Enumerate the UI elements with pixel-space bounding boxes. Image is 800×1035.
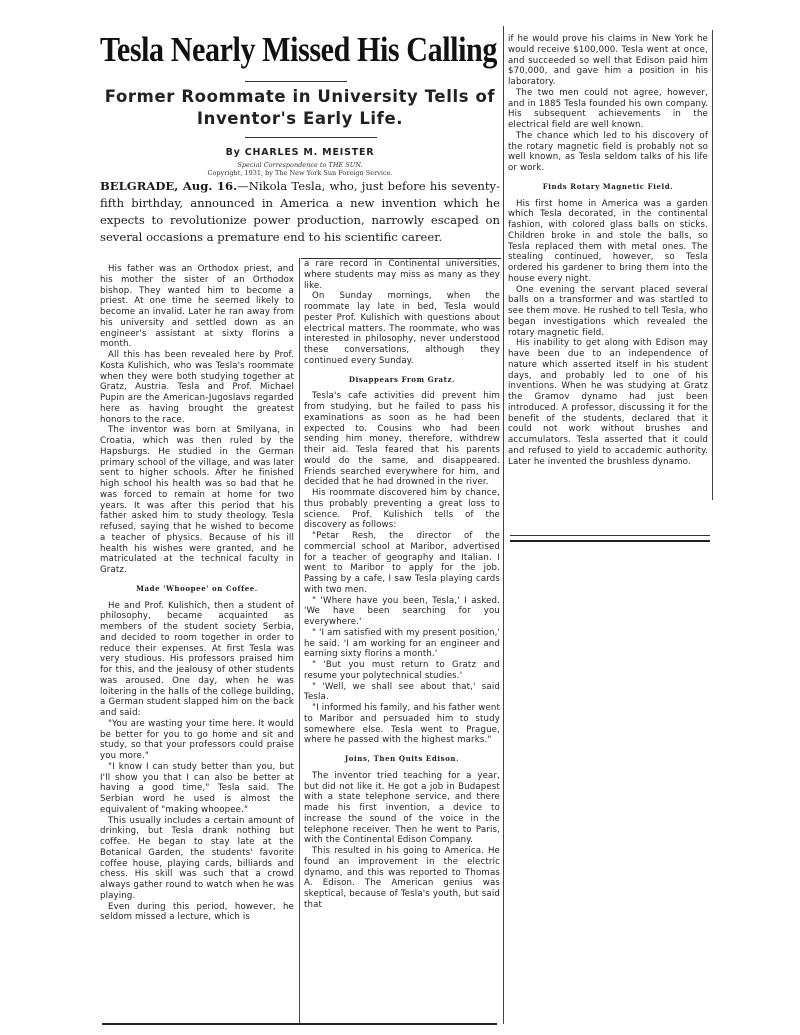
headline: Tesla Nearly Missed His Calling — [100, 30, 500, 70]
article-paragraph: "I informed his family, and his father w… — [304, 703, 500, 746]
article-paragraph: Even during this period, however, he sel… — [100, 902, 294, 924]
column-3-end-rule-thin — [510, 535, 710, 536]
newspaper-clipping: Tesla Nearly Missed His Calling Former R… — [100, 0, 720, 1035]
article-paragraph: " 'I am satisfied with my present positi… — [304, 628, 500, 660]
column-divider-2 — [503, 26, 504, 1024]
column-2: a rare record in Continental universitie… — [304, 259, 500, 911]
article-paragraph: All this has been revealed here by Prof.… — [100, 350, 294, 425]
column-3-end-rule — [510, 540, 710, 542]
section-subheading: Finds Rotary Magnetic Field. — [508, 182, 708, 193]
article-paragraph: The inventor was born at Smilyana, in Cr… — [100, 425, 294, 576]
article-paragraph: He and Prof. Kulishich, then a student o… — [100, 601, 294, 719]
article-paragraph: Tesla's cafe activities did prevent him … — [304, 391, 500, 488]
copyright-line: Copyright, 1931, by The New York Sun For… — [100, 169, 500, 177]
subheadline-rule — [245, 137, 377, 138]
column-divider-1 — [299, 258, 300, 1023]
column-divider-right — [712, 30, 713, 500]
article-paragraph: His father was an Orthodox priest, and h… — [100, 264, 294, 350]
article-paragraph: "Petar Resh, the director of the commerc… — [304, 531, 500, 596]
column-3: if he would prove his claims in New York… — [508, 34, 708, 467]
bottom-rule — [102, 1023, 497, 1025]
article-paragraph: if he would prove his claims in New York… — [508, 34, 708, 88]
article-paragraph: This usually includes a certain amount o… — [100, 816, 294, 902]
article-paragraph: a rare record in Continental universitie… — [304, 259, 500, 291]
article-paragraph: " 'Well, we shall see about that,' said … — [304, 682, 500, 704]
section-subheading: Disappears From Gratz. — [304, 375, 500, 386]
article-paragraph: This resulted in his going to America. H… — [304, 846, 500, 911]
article-paragraph: "I know I can study better than you, but… — [100, 762, 294, 816]
headline-rule — [245, 81, 347, 82]
byline: By CHARLES M. MEISTER — [100, 147, 500, 158]
article-paragraph: The chance which led to his discovery of… — [508, 131, 708, 174]
column-1: His father was an Orthodox priest, and h… — [100, 264, 294, 923]
article-paragraph: One evening the servant placed several b… — [508, 285, 708, 339]
article-paragraph: His inability to get along with Edison m… — [508, 338, 708, 467]
article-paragraph: On Sunday mornings, when the roommate la… — [304, 291, 500, 366]
article-paragraph: " 'Where have you been, Tesla,' I asked.… — [304, 596, 500, 628]
article-paragraph: The inventor tried teaching for a year, … — [304, 771, 500, 846]
dateline: BELGRADE, Aug. 16. — [100, 179, 237, 193]
article-paragraph: "You are wasting your time here. It woul… — [100, 719, 294, 762]
article-paragraph: The two men could not agree, however, an… — [508, 88, 708, 131]
section-subheading: Joins, Then Quits Edison. — [304, 754, 500, 765]
subheadline: Former Roommate in University Tells of I… — [100, 86, 500, 130]
special-correspondence: Special Correspondence to THE SUN. — [100, 161, 500, 169]
article-paragraph: His roommate discovered him by chance, t… — [304, 488, 500, 531]
lede-paragraph: BELGRADE, Aug. 16.—Nikola Tesla, who, ju… — [100, 178, 500, 246]
section-subheading: Made 'Whoopee' on Coffee. — [100, 584, 294, 595]
article-paragraph: His first home in America was a garden w… — [508, 199, 708, 285]
article-paragraph: " 'But you must return to Gratz and resu… — [304, 660, 500, 682]
